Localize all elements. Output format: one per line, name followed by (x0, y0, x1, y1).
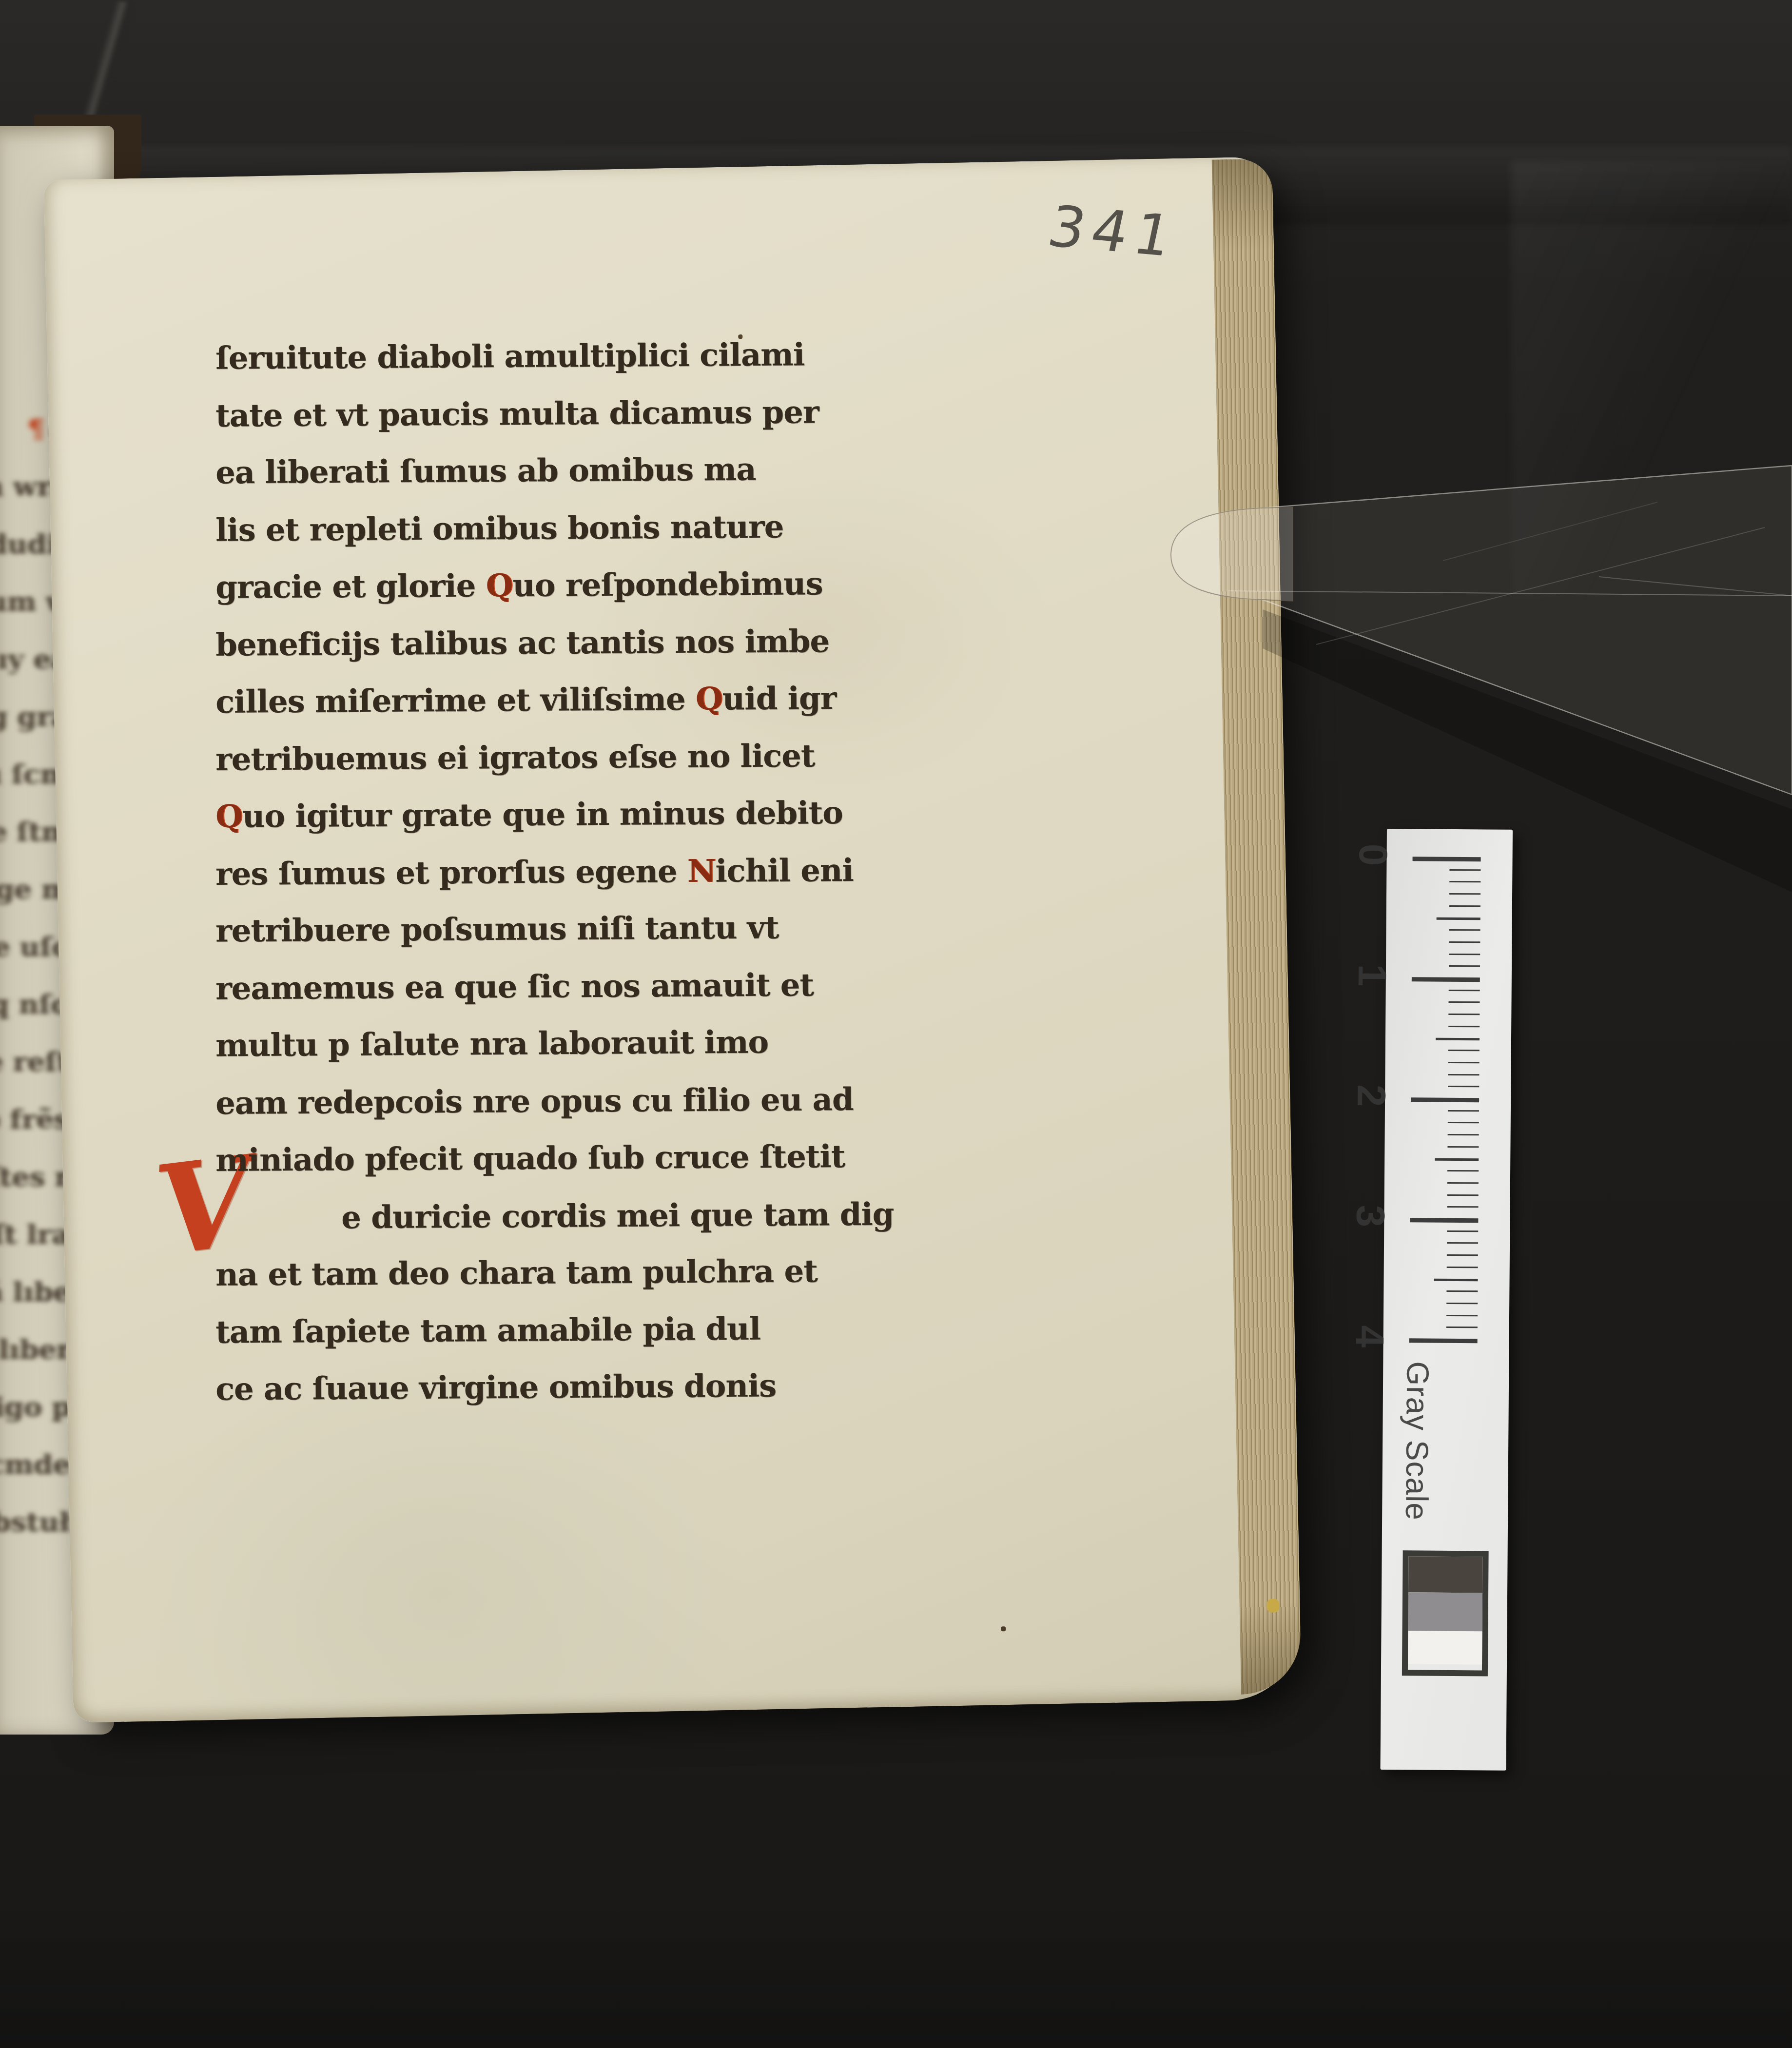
ruler-minor-tick (1446, 1326, 1478, 1328)
ruler-minor-tick (1448, 1122, 1479, 1123)
ruler-minor-tick (1449, 893, 1480, 895)
ruler-minor-tick (1449, 1001, 1480, 1003)
sliver-text-fragment: ea cuigo p (0, 1391, 71, 1423)
ruler-minor-tick (1446, 1303, 1478, 1304)
ruler-number: 0 (1352, 844, 1392, 866)
ruler-major-tick (1413, 857, 1481, 861)
ruler-minor-tick (1449, 990, 1480, 991)
ruler-minor-tick (1447, 1182, 1479, 1184)
ruler-minor-tick (1447, 1230, 1478, 1232)
manuscript-page (44, 156, 1302, 1723)
ruler-number: 4 (1349, 1325, 1389, 1347)
strip-scratch (1599, 577, 1792, 596)
ruler-minor-tick (1448, 1062, 1480, 1063)
book-fore-edge (1211, 158, 1301, 1695)
ruler-minor-tick (1449, 954, 1480, 955)
ruler-minor-tick (1446, 1290, 1478, 1292)
page-speck (1266, 1599, 1280, 1612)
sliver-text-fragment: o hrcmde (0, 1449, 71, 1480)
strip-scratch (1316, 527, 1765, 644)
strip-shadow (1263, 609, 1792, 892)
sliver-text-fragment: b frẽs (0, 1104, 69, 1135)
ruler-minor-tick (1449, 941, 1480, 943)
ruler-half-tick (1434, 1279, 1478, 1282)
page-speck (738, 334, 742, 339)
sliver-text-fragment: ¶adã lıbe (0, 1276, 71, 1307)
strip-fold-line (1228, 591, 1792, 596)
sliver-text-fragment: ſtes r (0, 1161, 69, 1192)
ruler-minor-tick (1447, 1254, 1478, 1256)
gray-scale-patch (1408, 1631, 1482, 1664)
ruler-minor-tick (1447, 1206, 1479, 1208)
strip-scratch (1443, 502, 1657, 561)
ruler-minor-tick (1448, 1134, 1479, 1135)
page-speck (1001, 1626, 1006, 1631)
ruler-minor-tick (1448, 1050, 1480, 1051)
ruler-number: 1 (1352, 964, 1392, 987)
ruler-minor-tick (1449, 929, 1480, 931)
rubric-mark: ¶ (27, 413, 45, 445)
gray-scale-patch (1408, 1592, 1483, 1631)
sliver-text-fragment: s bstuł (0, 1506, 70, 1538)
gray-scale-patch (1408, 1556, 1483, 1593)
cloth-crease (0, 1901, 1792, 2048)
ruler-half-tick (1437, 917, 1480, 920)
ruler-major-tick (1412, 977, 1480, 982)
ruler-major-tick (1410, 1218, 1478, 1223)
ruler-minor-tick (1448, 1110, 1479, 1112)
ruler-minor-tick (1449, 869, 1480, 871)
ruler-minor-tick (1447, 1242, 1478, 1244)
manuscript-photo: s¶om wrar duditſtum wıy eag grau ſcmi ſu… (0, 0, 1792, 2048)
ruler-minor-tick (1447, 1267, 1478, 1268)
ruler-minor-tick (1449, 905, 1480, 907)
sliver-text-fragment: damy lıber (0, 1334, 71, 1365)
ruler-minor-tick (1447, 1194, 1479, 1196)
ruler-minor-tick (1447, 1170, 1479, 1171)
sliver-text-fragment: de reſt (0, 1046, 70, 1077)
cloth-crease (1511, 161, 1792, 600)
gray-scale-label: Gray Scale (1399, 1361, 1436, 1521)
ruler-minor-tick (1448, 1014, 1480, 1015)
ruler-minor-tick (1447, 1146, 1479, 1148)
ruler-minor-tick (1448, 1086, 1479, 1087)
ruler-number: 2 (1351, 1084, 1391, 1107)
ruler-minor-tick (1448, 1074, 1479, 1075)
sliver-text-fragment: q nſo (0, 989, 69, 1020)
ruler-half-tick (1436, 1038, 1480, 1041)
sliver-text-fragment: eſt lra (0, 1219, 70, 1250)
gray-scale-patches (1402, 1550, 1489, 1676)
ruler-minor-tick (1448, 1026, 1480, 1027)
ruler-half-tick (1435, 1158, 1479, 1161)
ruler-major-tick (1411, 1097, 1479, 1102)
ruler-minor-tick (1446, 1315, 1478, 1316)
gray-scale-ruler-card: Gray Scale 01234 (1381, 829, 1513, 1771)
ruler-minor-tick (1449, 965, 1480, 967)
ruler-number: 3 (1350, 1205, 1390, 1227)
ruler-minor-tick (1449, 881, 1480, 882)
ruler-major-tick (1409, 1338, 1478, 1343)
